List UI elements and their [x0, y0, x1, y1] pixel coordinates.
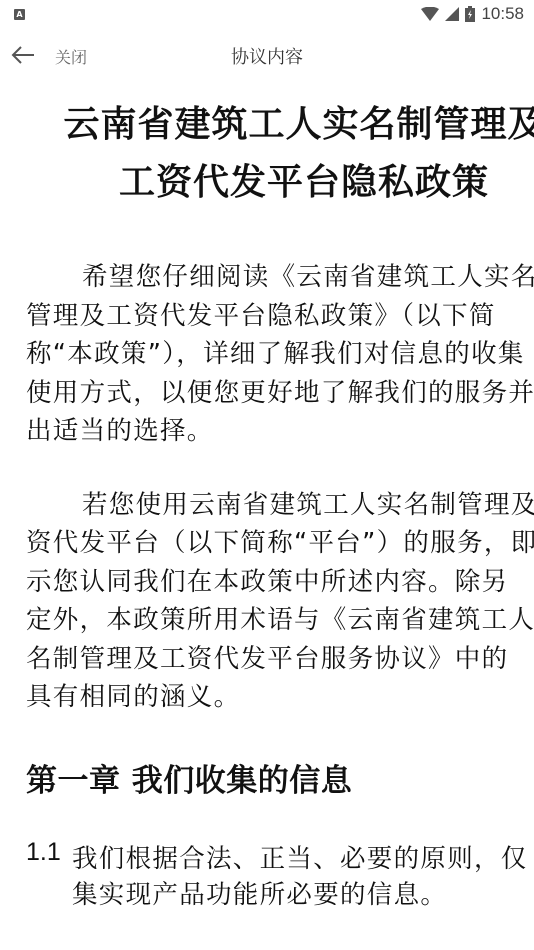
paragraph-line: 使用方式，以便您更好地了解我们的服务并 — [26, 374, 534, 413]
title-line: 工资代发平台隐私政策 — [34, 154, 534, 212]
paragraph-line: 资代发平台（以下简称“平台”）的服务，即 — [26, 524, 534, 563]
section-line: 我们根据合法、正当、必要的原则，仅 — [72, 841, 528, 877]
section-number: 1.1 — [26, 837, 72, 913]
wifi-icon — [421, 7, 439, 21]
paragraph-line: 出适当的选择。 — [26, 412, 534, 451]
consent-paragraph: 若您使用云南省建筑工人实名制管理及 资代发平台（以下简称“平台”）的服务，即 示… — [26, 486, 534, 717]
paragraph-line: 称“本政策”），详细了解我们对信息的收集 — [26, 335, 534, 374]
paragraph-line: 定外，本政策所用术语与《云南省建筑工人 — [26, 601, 534, 640]
document-title: 云南省建筑工人实名制管理及 工资代发平台隐私政策 — [34, 96, 534, 212]
paragraph-line: 名制管理及工资代发平台服务协议》中的 — [26, 640, 534, 679]
section-text: 我们根据合法、正当、必要的原则，仅 集实现产品功能所必要的信息。 — [72, 841, 528, 913]
section-item: 1.1 我们根据合法、正当、必要的原则，仅 集实现产品功能所必要的信息。 — [26, 841, 534, 913]
paragraph-line: 管理及工资代发平台隐私政策》（以下简 — [26, 297, 534, 336]
battery-charging-icon — [465, 6, 475, 22]
paragraph-line: 示您认同我们在本政策中所述内容。除另 — [26, 563, 534, 602]
status-left: A — [14, 9, 25, 20]
status-bar: A 10:58 — [0, 0, 534, 28]
a-notification-icon: A — [14, 9, 25, 20]
close-button[interactable]: 关闭 — [55, 45, 87, 68]
document-content: 云南省建筑工人实名制管理及 工资代发平台隐私政策 希望您仔细阅读《云南省建筑工人… — [26, 96, 534, 913]
section-line: 集实现产品功能所必要的信息。 — [72, 877, 528, 913]
paragraph-line: 希望您仔细阅读《云南省建筑工人实名制 — [26, 258, 534, 297]
signal-icon — [445, 7, 459, 21]
paragraph-line: 具有相同的涵义。 — [26, 678, 534, 717]
title-line: 云南省建筑工人实名制管理及 — [34, 96, 534, 154]
back-button[interactable] — [10, 42, 36, 68]
status-right: 10:58 — [421, 4, 524, 24]
chapter-heading: 第一章 我们收集的信息 — [26, 761, 534, 801]
clock: 10:58 — [481, 4, 524, 24]
arrow-left-icon — [11, 45, 35, 65]
intro-paragraph: 希望您仔细阅读《云南省建筑工人实名制 管理及工资代发平台隐私政策》（以下简 称“… — [26, 258, 534, 451]
nav-bar: 协议内容 关闭 — [0, 36, 534, 74]
paragraph-line: 若您使用云南省建筑工人实名制管理及 — [26, 486, 534, 525]
